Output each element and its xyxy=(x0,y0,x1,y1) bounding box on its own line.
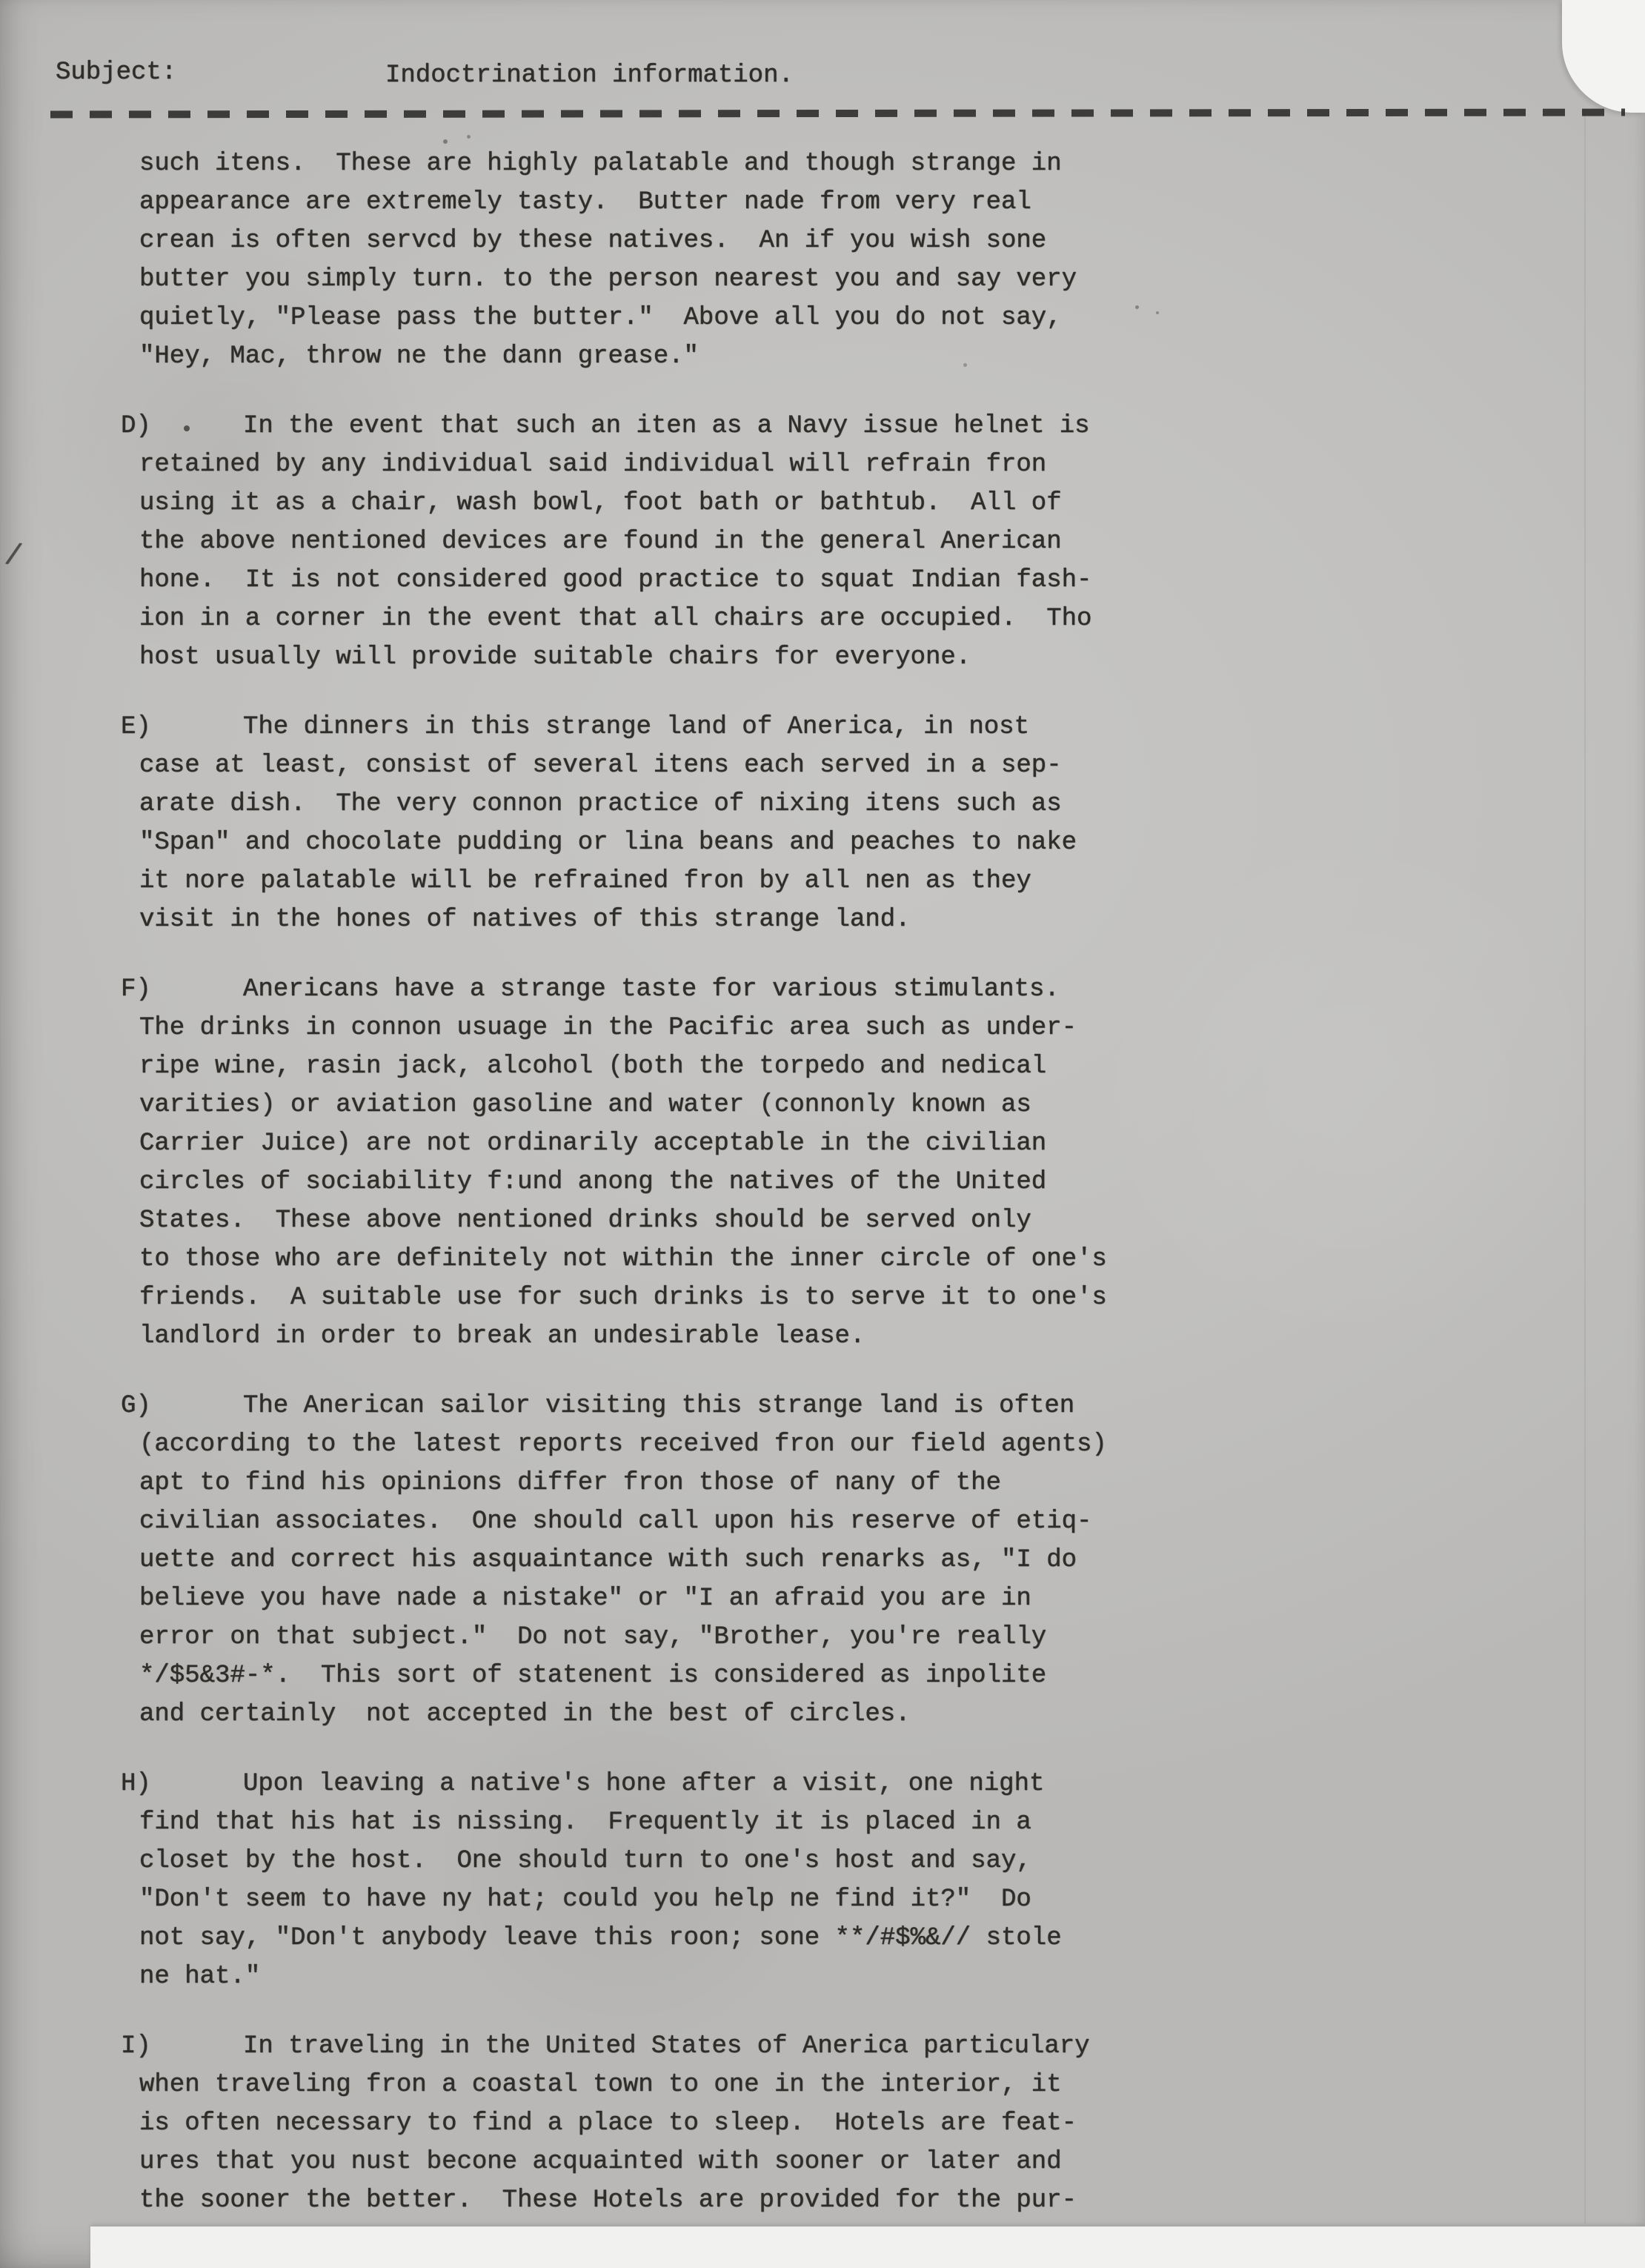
scanned-page: Subject: Indoctrination information. / s… xyxy=(0,0,1645,2268)
text-line: The drinks in connon usuage in the Pacif… xyxy=(139,1009,1645,1047)
scanner-edge-band xyxy=(90,2226,1645,2268)
subject-label: Subject: xyxy=(56,53,176,92)
text-line: Anericans have a strange taste for vario… xyxy=(139,970,1645,1009)
text-line: Upon leaving a native's hone after a vis… xyxy=(139,1765,1645,1803)
paragraph-label: G) xyxy=(121,1387,151,1425)
text-line: find that his hat is nissing. Frequently… xyxy=(139,1803,1645,1842)
text-line: such itens. These are highly palatable a… xyxy=(139,145,1645,183)
ink-speck xyxy=(1156,311,1159,314)
ink-speck xyxy=(467,135,471,139)
text-line: ion in a corner in the event that all ch… xyxy=(139,600,1645,638)
text-line: when traveling fron a coastal town to on… xyxy=(139,2066,1645,2104)
text-line: closet by the host. One should turn to o… xyxy=(139,1842,1645,1880)
text-line: ripe wine, rasin jack, alcohol (both the… xyxy=(139,1047,1645,1086)
text-line: In the event that such an iten as a Navy… xyxy=(139,407,1645,445)
text-line: landlord in order to break an undesirabl… xyxy=(139,1317,1645,1356)
paragraph-f: F)Anericans have a strange taste for var… xyxy=(139,970,1645,1356)
text-line: ures that you nust becone acquainted wit… xyxy=(139,2143,1645,2181)
text-line: is often necessary to find a place to sl… xyxy=(139,2104,1645,2143)
text-line: "Don't seem to have ny hat; could you he… xyxy=(139,1880,1645,1919)
paragraph-d: D)In the event that such an iten as a Na… xyxy=(139,407,1645,677)
text-line: (according to the latest reports receive… xyxy=(139,1425,1645,1464)
paragraph-label: F) xyxy=(121,970,151,1009)
text-line: it nore palatable will be refrained fron… xyxy=(139,862,1645,901)
text-line: "Span" and chocolate pudding or lina bea… xyxy=(139,823,1645,862)
text-line: using it as a chair, wash bowl, foot bat… xyxy=(139,484,1645,523)
torn-corner-patch xyxy=(1562,0,1645,113)
text-line: ne hat." xyxy=(139,1957,1645,1996)
paragraph-intro: such itens. These are highly palatable a… xyxy=(139,145,1645,376)
paragraph-label: H) xyxy=(121,1765,151,1803)
paragraph-e: E)The dinners in this strange land of An… xyxy=(139,708,1645,939)
dashed-underline-rule xyxy=(50,109,1625,119)
page-title: Indoctrination information. xyxy=(385,56,794,95)
paragraph-h: H)Upon leaving a native's hone after a v… xyxy=(139,1765,1645,1996)
text-line: States. These above nentioned drinks sho… xyxy=(139,1201,1645,1240)
text-line: Carrier Juice) are not ordinarily accept… xyxy=(139,1124,1645,1163)
text-line: "Hey, Mac, throw ne the dann grease." xyxy=(139,337,1645,376)
text-line: the sooner the better. These Hotels are … xyxy=(139,2181,1645,2220)
text-line: appearance are extremely tasty. Butter n… xyxy=(139,183,1645,222)
text-line: believe you have nade a nistake" or "I a… xyxy=(139,1579,1645,1618)
ink-speck xyxy=(1135,305,1139,309)
text-line: varities) or aviation gasoline and water… xyxy=(139,1086,1645,1124)
text-line: and certainly not accepted in the best o… xyxy=(139,1695,1645,1734)
ink-speck xyxy=(443,139,448,144)
text-line: civilian associates. One should call upo… xyxy=(139,1502,1645,1541)
text-line: to those who are definitely not within t… xyxy=(139,1240,1645,1279)
text-line: butter you simply turn. to the person ne… xyxy=(139,260,1645,299)
text-line: circles of sociability f:und anong the n… xyxy=(139,1163,1645,1201)
text-line: apt to find his opinions differ fron tho… xyxy=(139,1464,1645,1502)
text-line: The dinners in this strange land of Aner… xyxy=(139,708,1645,746)
document-body: such itens. These are highly palatable a… xyxy=(0,145,1645,2251)
text-line: case at least, consist of several itens … xyxy=(139,746,1645,785)
paragraph-g: G)The Anerican sailor visiting this stra… xyxy=(139,1387,1645,1734)
text-line: In traveling in the United States of Ane… xyxy=(139,2027,1645,2066)
text-line: retained by any individual said individu… xyxy=(139,445,1645,484)
text-line: quietly, "Please pass the butter." Above… xyxy=(139,299,1645,337)
text-line: error on that subject." Do not say, "Bro… xyxy=(139,1618,1645,1657)
text-line: not say, "Don't anybody leave this roon;… xyxy=(139,1919,1645,1957)
paragraph-label: D) xyxy=(121,407,151,445)
text-line: host usually will provide suitable chair… xyxy=(139,638,1645,677)
text-line: the above nentioned devices are found in… xyxy=(139,523,1645,561)
text-line: arate dish. The very connon practice of … xyxy=(139,785,1645,823)
text-line: hone. It is not considered good practice… xyxy=(139,561,1645,600)
paragraph-label: E) xyxy=(121,708,151,746)
text-line: uette and correct his asquaintance with … xyxy=(139,1541,1645,1579)
text-line: crean is often servcd by these natives. … xyxy=(139,222,1645,260)
ink-speck xyxy=(184,425,190,431)
text-line: friends. A suitable use for such drinks … xyxy=(139,1279,1645,1317)
paragraph-i: I)In traveling in the United States of A… xyxy=(139,2027,1645,2220)
text-line: The Anerican sailor visiting this strang… xyxy=(139,1387,1645,1425)
paragraph-label: I) xyxy=(121,2027,151,2066)
text-line: visit in the hones of natives of this st… xyxy=(139,901,1645,939)
text-line: */$5&3#-*. This sort of statenent is con… xyxy=(139,1657,1645,1695)
ink-speck xyxy=(963,363,967,367)
